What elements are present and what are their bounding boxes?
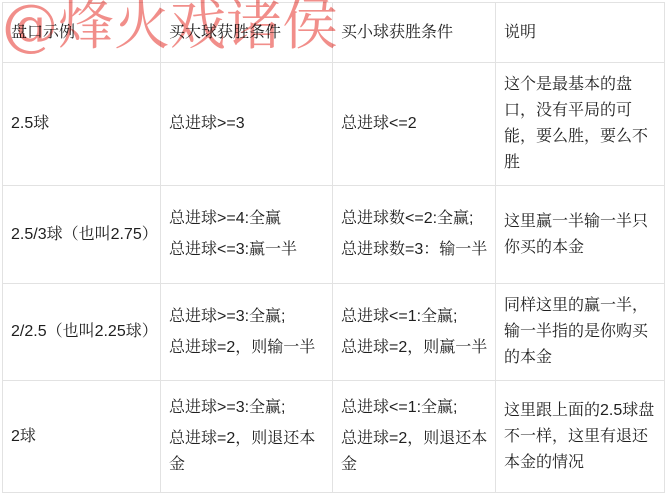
header-explanation: 说明 <box>496 3 665 63</box>
over-condition-cell: 总进球>=3:全赢; 总进球=2，则输一半 <box>161 284 333 381</box>
condition-line: 总进球<=1:全赢; <box>341 395 490 421</box>
under-condition-cell: 总进球<=1:全赢; 总进球=2，则退还本金 <box>333 381 496 493</box>
condition-line: 总进球=2，则退还本金 <box>169 426 327 478</box>
under-condition-cell: 总进球<=1:全赢; 总进球=2，则赢一半 <box>333 284 496 381</box>
explanation-text: 这里跟上面的2.5球盘不一样，这里有退还本金的情况 <box>504 398 659 476</box>
condition-line: 总进球数=3：输一半 <box>341 237 490 263</box>
table-row: 2.5/3球（也叫2.75） 总进球>=4:全赢 总进球<=3:赢一半 总进球数… <box>3 186 665 284</box>
header-handicap-example: 盘口示例 <box>3 3 161 63</box>
condition-line: 总进球=2，则输一半 <box>169 335 327 361</box>
condition-line: 总进球>=3:全赢; <box>169 395 327 421</box>
table-row: 2/2.5（也叫2.25球） 总进球>=3:全赢; 总进球=2，则输一半 总进球… <box>3 284 665 381</box>
explanation-cell: 同样这里的赢一半，输一半指的是你购买的本金 <box>496 284 665 381</box>
condition-line: 总进球数<=2:全赢; <box>341 206 490 232</box>
over-condition-cell: 总进球>=3:全赢; 总进球=2，则退还本金 <box>161 381 333 493</box>
header-buy-under-win-condition: 买小球获胜条件 <box>333 3 496 63</box>
handicap-cell: 2/2.5（也叫2.25球） <box>3 284 161 381</box>
condition-line: 总进球<=1:全赢; <box>341 304 490 330</box>
condition-line: 总进球>=4:全赢 <box>169 206 327 232</box>
handicap-cell: 2球 <box>3 381 161 493</box>
explanation-cell: 这个是最基本的盘口，没有平局的可能，要么胜，要么不胜 <box>496 63 665 186</box>
handicap-cell: 2.5/3球（也叫2.75） <box>3 186 161 284</box>
condition-line: 总进球=2，则退还本金 <box>341 426 490 478</box>
table-row: 2.5球 总进球>=3 总进球<=2 这个是最基本的盘口，没有平局的可能，要么胜… <box>3 63 665 186</box>
explanation-text: 这里赢一半输一半只你买的本金 <box>504 209 659 261</box>
condition-line: 总进球<=2 <box>341 111 490 137</box>
table-row: 2球 总进球>=3:全赢; 总进球=2，则退还本金 总进球<=1:全赢; 总进球… <box>3 381 665 493</box>
under-condition-cell: 总进球<=2 <box>333 63 496 186</box>
over-condition-cell: 总进球>=4:全赢 总进球<=3:赢一半 <box>161 186 333 284</box>
under-condition-cell: 总进球数<=2:全赢; 总进球数=3：输一半 <box>333 186 496 284</box>
header-buy-over-win-condition: 买大球获胜条件 <box>161 3 333 63</box>
over-condition-cell: 总进球>=3 <box>161 63 333 186</box>
explanation-cell: 这里赢一半输一半只你买的本金 <box>496 186 665 284</box>
condition-line: 总进球>=3 <box>169 111 327 137</box>
condition-line: 总进球=2，则赢一半 <box>341 335 490 361</box>
page-background: 盘口示例 买大球获胜条件 买小球获胜条件 说明 2.5球 总进球>=3 总进球<… <box>0 0 666 500</box>
condition-line: 总进球>=3:全赢; <box>169 304 327 330</box>
table-header-row: 盘口示例 买大球获胜条件 买小球获胜条件 说明 <box>3 3 665 63</box>
explanation-text: 同样这里的赢一半，输一半指的是你购买的本金 <box>504 293 659 371</box>
explanation-text: 这个是最基本的盘口，没有平局的可能，要么胜，要么不胜 <box>504 72 659 176</box>
explanation-cell: 这里跟上面的2.5球盘不一样，这里有退还本金的情况 <box>496 381 665 493</box>
handicap-cell: 2.5球 <box>3 63 161 186</box>
betting-odds-table: 盘口示例 买大球获胜条件 买小球获胜条件 说明 2.5球 总进球>=3 总进球<… <box>2 2 665 493</box>
condition-line: 总进球<=3:赢一半 <box>169 237 327 263</box>
